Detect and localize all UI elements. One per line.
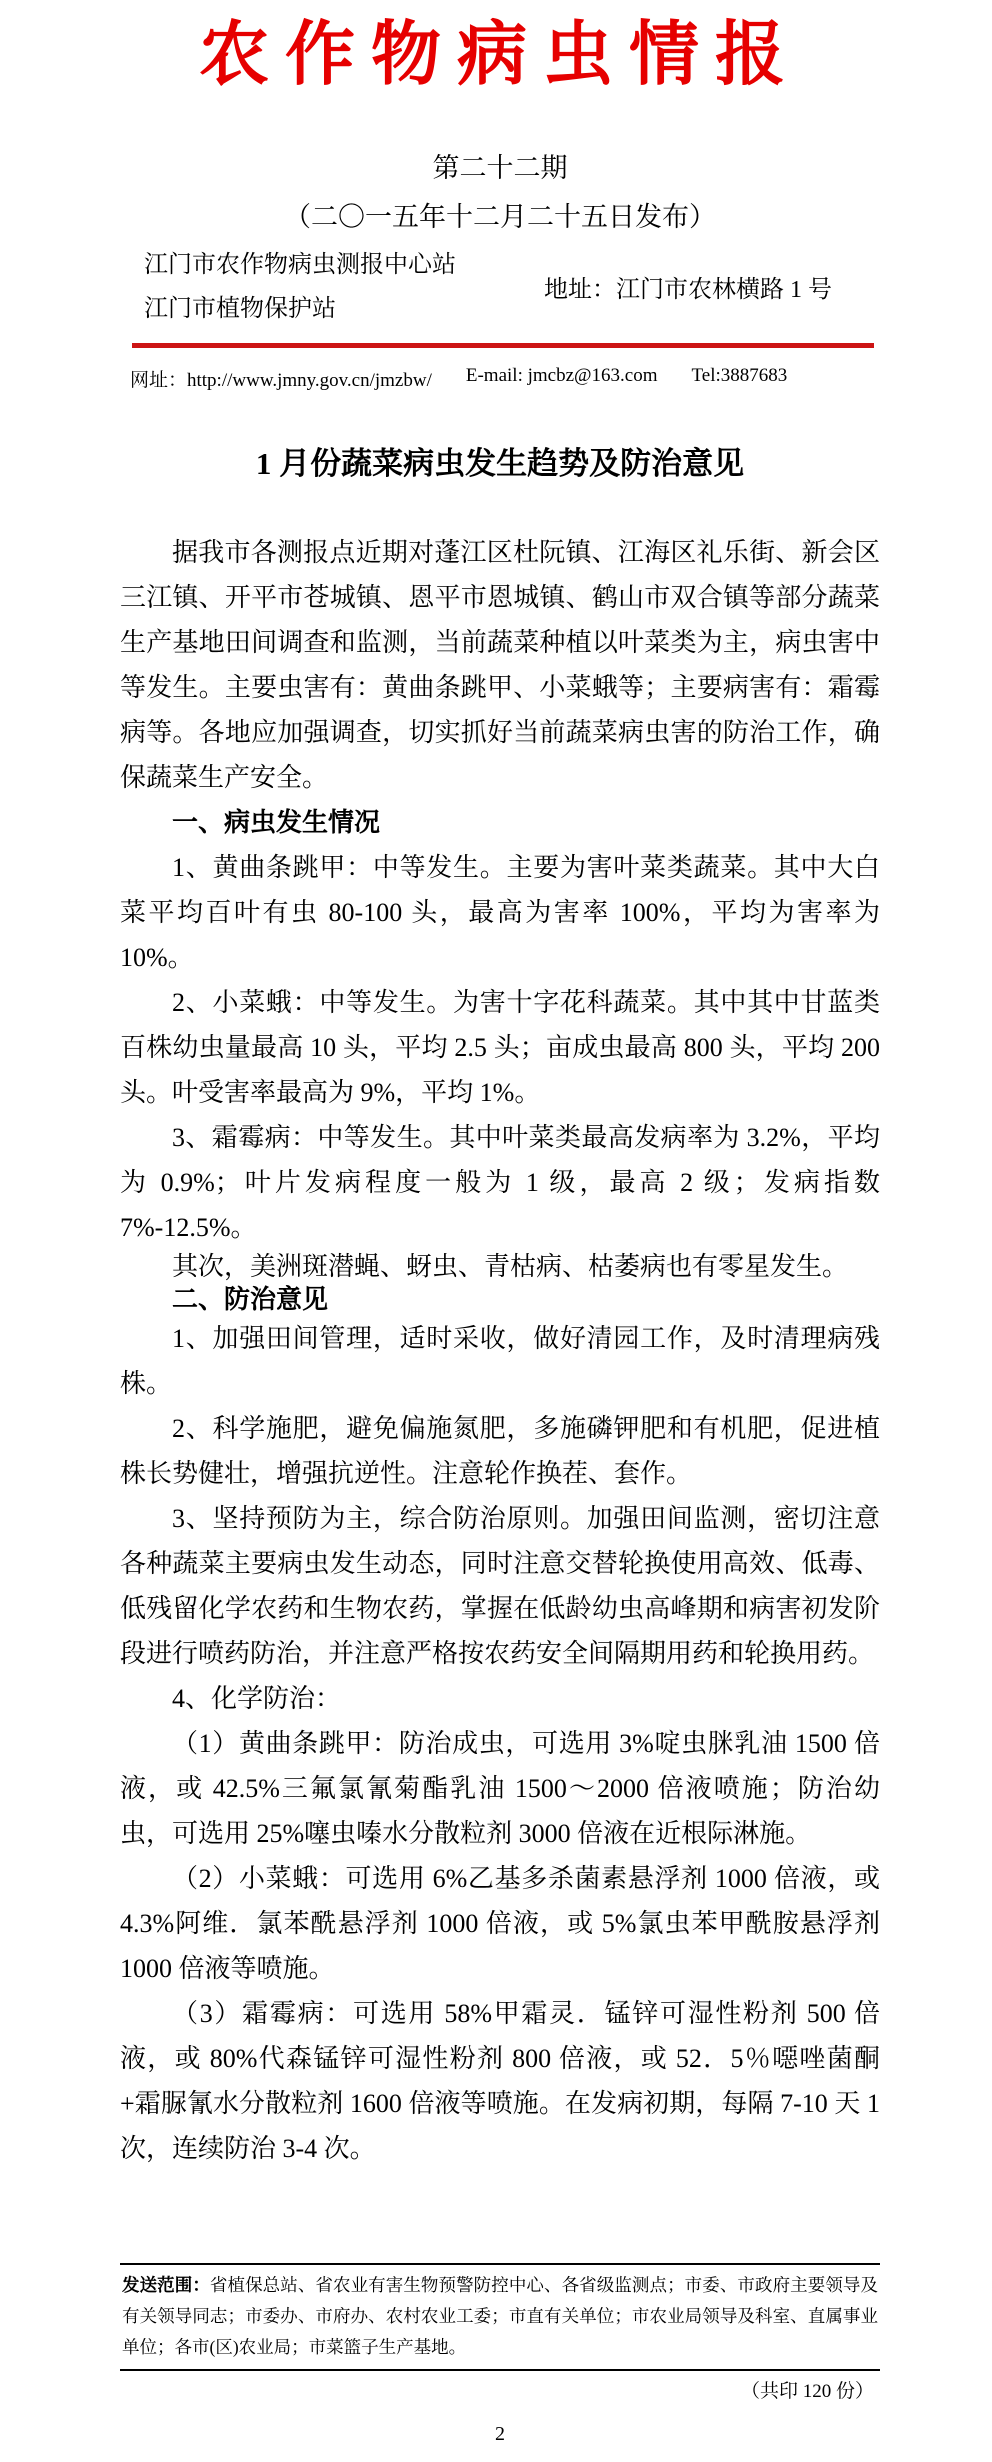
distribution-scope-label: 发送范围： bbox=[122, 2275, 210, 2295]
agency-address: 地址：江门市农林横路 1 号 bbox=[544, 269, 868, 304]
agency-address-row: 江门市农作物病虫测报中心站 江门市植物保护站 地址：江门市农林横路 1 号 bbox=[120, 243, 880, 331]
publish-date: （二〇一五年十二月二十五日发布） bbox=[120, 199, 880, 235]
para-downy-mildew: 3、霜霉病：中等发生。其中叶菜类最高发病率为 3.2%，平均为 0.9%；叶片发… bbox=[120, 1115, 880, 1250]
bulletin-page: 农作物病虫情报 第二十二期 （二〇一五年十二月二十五日发布） 江门市农作物病虫测… bbox=[0, 0, 992, 2462]
para-chem-2: （2）小菜蛾：可选用 6%乙基多杀菌素悬浮剂 1000 倍液，或 4.3%阿维．… bbox=[120, 1856, 880, 1991]
para-diamondback-moth: 2、小菜蛾：中等发生。为害十字花科蔬菜。其中其中甘蓝类百株幼虫量最高 10 头，… bbox=[120, 980, 880, 1115]
article-title: 1 月份蔬菜病虫发生趋势及防治意见 bbox=[120, 444, 880, 484]
masthead-divider-rule bbox=[132, 343, 874, 348]
para-other-pests: 其次，美洲斑潜蝇、蚜虫、青枯病、枯萎病也有零星发生。 bbox=[120, 1250, 880, 1283]
email-address: E-mail: jmcbz@163.com bbox=[466, 365, 658, 392]
masthead-title: 农作物病虫情报 bbox=[120, 12, 880, 100]
agency-line-2: 江门市植物保护站 bbox=[144, 287, 456, 331]
para-chem-3: （3）霜霉病：可选用 58%甲霜灵．锰锌可湿性粉剂 500 倍液，或 80%代森… bbox=[120, 1991, 880, 2171]
para-chem-1: （1）黄曲条跳甲：防治成虫，可选用 3%啶虫脒乳油 1500 倍液，或 42.5… bbox=[120, 1721, 880, 1856]
print-count: （共印 120 份） bbox=[120, 2376, 880, 2403]
distribution-scope: 发送范围：省植保总站、省农业有害生物预警防控中心、各省级监测点；市委、市政府主要… bbox=[120, 2263, 880, 2371]
page-footer: 发送范围：省植保总站、省农业有害生物预警防控中心、各省级监测点；市委、市政府主要… bbox=[120, 2263, 880, 2452]
para-control-2: 2、科学施肥，避免偏施氮肥，多施磷钾肥和有机肥，促进植株长势健壮，增强抗逆性。注… bbox=[120, 1406, 880, 1496]
article-body: 据我市各测报点近期对蓬江区杜阮镇、江海区礼乐街、新会区三江镇、开平市苍城镇、恩平… bbox=[120, 530, 880, 2171]
para-control-3: 3、坚持预防为主，综合防治原则。加强田间监测，密切注意各种蔬菜主要病虫发生动态，… bbox=[120, 1496, 880, 1676]
website-url: 网址：http://www.jmny.gov.cn/jmzbw/ bbox=[130, 365, 432, 392]
telephone-number: Tel:3887683 bbox=[692, 365, 788, 392]
para-flea-beetle: 1、黄曲条跳甲：中等发生。主要为害叶菜类蔬菜。其中大白菜平均百叶有虫 80-10… bbox=[120, 845, 880, 980]
issue-number: 第二十二期 bbox=[120, 150, 880, 186]
para-control-4: 4、化学防治： bbox=[120, 1676, 880, 1721]
agency-line-1: 江门市农作物病虫测报中心站 bbox=[144, 243, 456, 287]
para-intro: 据我市各测报点近期对蓬江区杜阮镇、江海区礼乐街、新会区三江镇、开平市苍城镇、恩平… bbox=[120, 530, 880, 800]
distribution-scope-text: 省植保总站、省农业有害生物预警防控中心、各省级监测点；市委、市政府主要领导及有关… bbox=[122, 2275, 878, 2357]
para-control-1: 1、加强田间管理，适时采收，做好清园工作，及时清理病残株。 bbox=[120, 1316, 880, 1406]
agency-names: 江门市农作物病虫测报中心站 江门市植物保护站 bbox=[144, 243, 456, 331]
contact-line: 网址：http://www.jmny.gov.cn/jmzbw/ E-mail:… bbox=[120, 365, 880, 392]
heading-control: 二、防治意见 bbox=[120, 1283, 880, 1316]
heading-occurrence: 一、病虫发生情况 bbox=[120, 800, 880, 845]
page-number: 2 bbox=[120, 2423, 880, 2446]
